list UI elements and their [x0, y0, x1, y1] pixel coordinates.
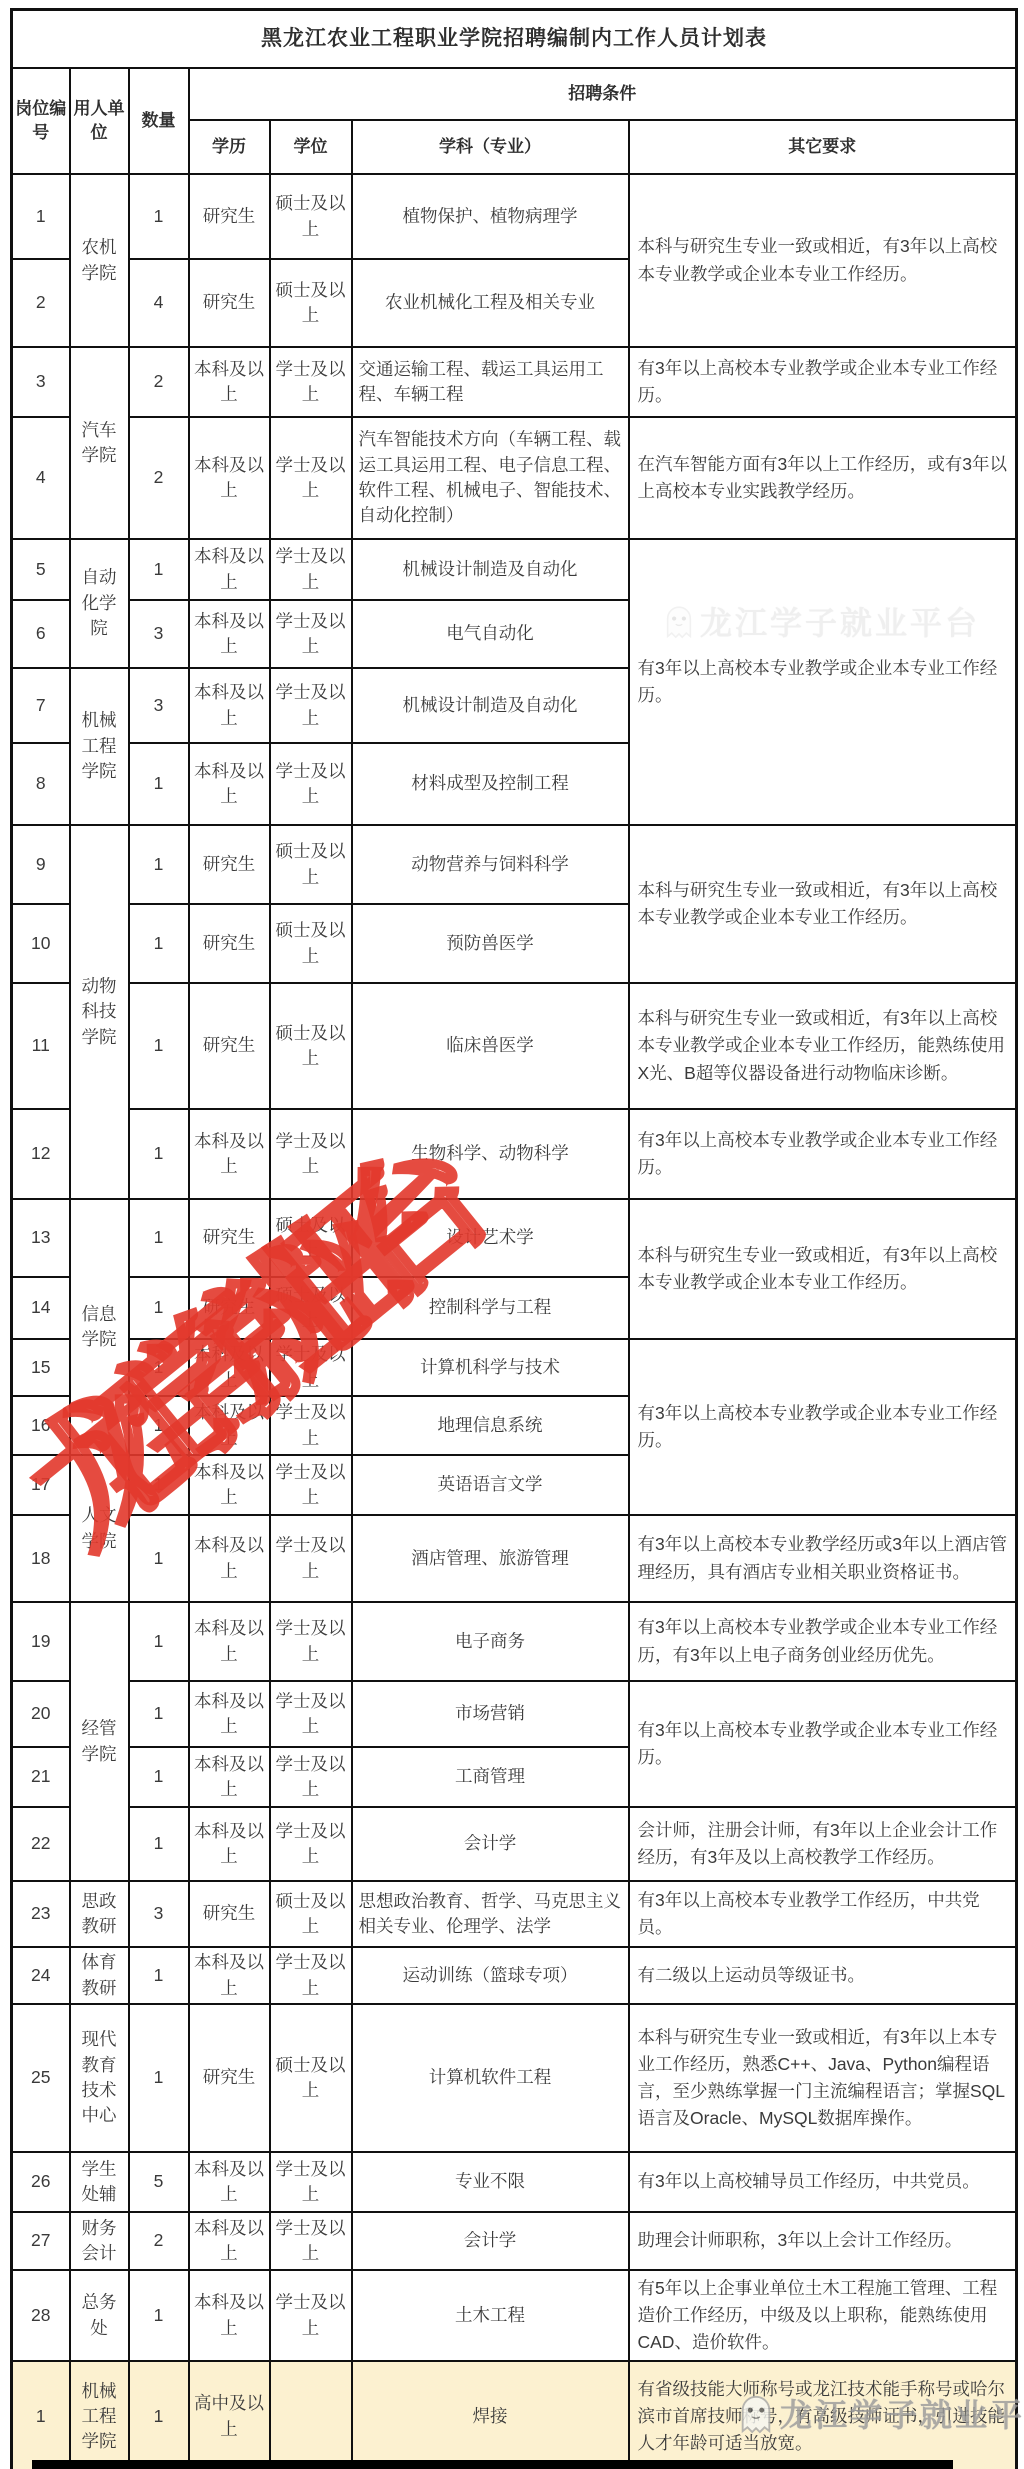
cell-degree: 硕士及以上	[270, 1881, 352, 1947]
cell-education: 研究生	[189, 904, 270, 983]
cell-other-requirements: 有3年以上高校本专业教学或企业本专业工作经历。	[629, 1109, 1017, 1199]
cell-quantity: 1	[129, 1515, 189, 1602]
cell-position-no: 22	[12, 1807, 70, 1881]
cell-employer-unit: 经管学院	[70, 1602, 129, 1881]
cell-major: 交通运输工程、载运工具运用工程、车辆工程	[352, 347, 629, 417]
cell-quantity: 1	[129, 1339, 189, 1396]
cell-degree: 学士及以上	[270, 1807, 352, 1881]
cell-quantity: 1	[129, 174, 189, 259]
cell-major: 电气自动化	[352, 600, 629, 668]
cell-position-no: 14	[12, 1277, 70, 1339]
cell-quantity: 1	[129, 1602, 189, 1681]
cell-education: 本科及以上	[189, 1455, 270, 1515]
cell-major: 专业不限	[352, 2152, 629, 2212]
cell-degree: 学士及以上	[270, 1515, 352, 1602]
header-conditions: 招聘条件	[189, 68, 1017, 120]
cell-employer-unit: 财务会计	[70, 2212, 129, 2270]
cell-education: 本科及以上	[189, 1602, 270, 1681]
cell-major: 机械设计制造及自动化	[352, 668, 629, 743]
header-other-requirements: 其它要求	[629, 120, 1017, 174]
cell-degree: 学士及以上	[270, 1339, 352, 1396]
cell-degree: 学士及以上	[270, 600, 352, 668]
cell-employer-unit: 信息学院	[70, 1199, 129, 1455]
cell-degree: 硕士及以上	[270, 904, 352, 983]
cell-education: 本科及以上	[189, 600, 270, 668]
cell-degree	[270, 2361, 352, 2469]
bottom-divider-bar	[32, 2460, 953, 2469]
cell-employer-unit: 总务处	[70, 2270, 129, 2361]
cell-quantity: 1	[129, 1747, 189, 1807]
table-row: 23思政教研3研究生硕士及以上思想政治教育、哲学、马克思主义相关专业、伦理学、法…	[12, 1881, 1017, 1947]
cell-degree: 学士及以上	[270, 2270, 352, 2361]
cell-education: 研究生	[189, 1881, 270, 1947]
cell-education: 本科及以上	[189, 1747, 270, 1807]
cell-quantity: 4	[129, 259, 189, 347]
cell-quantity: 3	[129, 600, 189, 668]
cell-major: 材料成型及控制工程	[352, 743, 629, 825]
cell-degree: 学士及以上	[270, 1947, 352, 2004]
table-row: 13信息学院1研究生硕士及以上设计艺术学本科与研究生专业一致或相近，有3年以上高…	[12, 1199, 1017, 1277]
cell-education: 研究生	[189, 1277, 270, 1339]
table-body: 1农机学院1研究生硕士及以上植物保护、植物病理学本科与研究生专业一致或相近，有3…	[12, 174, 1017, 2469]
cell-employer-unit: 动物科技学院	[70, 825, 129, 1199]
cell-employer-unit: 汽车学院	[70, 347, 129, 539]
table-row: 9动物科技学院1研究生硕士及以上动物营养与饲料科学本科与研究生专业一致或相近，有…	[12, 825, 1017, 904]
table-row: 25现代教育技术中心1研究生硕士及以上计算机软件工程本科与研究生专业一致或相近，…	[12, 2004, 1017, 2152]
cell-other-requirements: 有3年以上高校本专业教学或企业本专业工作经历。	[629, 539, 1017, 825]
cell-quantity: 1	[129, 1455, 189, 1515]
cell-employer-unit: 机械工程学院	[70, 2361, 129, 2469]
header-degree: 学位	[270, 120, 352, 174]
table-row: 42本科及以上学士及以上汽车智能技术方向（车辆工程、载运工具运用工程、电子信息工…	[12, 417, 1017, 539]
cell-employer-unit: 现代教育技术中心	[70, 2004, 129, 2152]
cell-education: 本科及以上	[189, 1339, 270, 1396]
cell-quantity: 2	[129, 417, 189, 539]
cell-degree: 学士及以上	[270, 743, 352, 825]
cell-position-no: 28	[12, 2270, 70, 2361]
cell-major: 农业机械化工程及相关专业	[352, 259, 629, 347]
cell-education: 研究生	[189, 174, 270, 259]
cell-degree: 硕士及以上	[270, 1199, 352, 1277]
cell-major: 会计学	[352, 2212, 629, 2270]
table-row: 19经管学院1本科及以上学士及以上电子商务有3年以上高校本专业教学或企业本专业工…	[12, 1602, 1017, 1681]
cell-major: 机械设计制造及自动化	[352, 539, 629, 600]
cell-position-no: 19	[12, 1602, 70, 1681]
table-row: 26学生处辅5本科及以上学士及以上专业不限有3年以上高校辅导员工作经历，中共党员…	[12, 2152, 1017, 2212]
cell-degree: 学士及以上	[270, 1396, 352, 1455]
cell-degree: 学士及以上	[270, 1681, 352, 1747]
cell-education: 本科及以上	[189, 539, 270, 600]
cell-other-requirements: 有3年以上高校本专业教学或企业本专业工作经历。	[629, 1681, 1017, 1807]
cell-quantity: 1	[129, 539, 189, 600]
cell-position-no: 24	[12, 1947, 70, 2004]
cell-degree: 学士及以上	[270, 1747, 352, 1807]
cell-other-requirements: 助理会计师职称，3年以上会计工作经历。	[629, 2212, 1017, 2270]
cell-quantity: 1	[129, 743, 189, 825]
cell-major: 英语语言文学	[352, 1455, 629, 1515]
cell-position-no: 8	[12, 743, 70, 825]
cell-degree: 学士及以上	[270, 1455, 352, 1515]
cell-degree: 学士及以上	[270, 417, 352, 539]
table-row: 221本科及以上学士及以上会计学会计师，注册会计师，有3年以上企业会计工作经历，…	[12, 1807, 1017, 1881]
cell-other-requirements: 有3年以上高校本专业教学经历或3年以上酒店管理经历，具有酒店专业相关职业资格证书…	[629, 1515, 1017, 1602]
cell-quantity: 1	[129, 2004, 189, 2152]
cell-position-no: 2	[12, 259, 70, 347]
table-row: 151本科及以上学士及以上计算机科学与技术有3年以上高校本专业教学或企业本专业工…	[12, 1339, 1017, 1396]
cell-major: 设计艺术学	[352, 1199, 629, 1277]
cell-position-no: 5	[12, 539, 70, 600]
table-row: 27财务会计2本科及以上学士及以上会计学助理会计师职称，3年以上会计工作经历。	[12, 2212, 1017, 2270]
cell-education: 研究生	[189, 259, 270, 347]
cell-degree: 学士及以上	[270, 668, 352, 743]
cell-degree: 硕士及以上	[270, 983, 352, 1109]
cell-education: 本科及以上	[189, 417, 270, 539]
cell-position-no: 1	[12, 174, 70, 259]
cell-major: 临床兽医学	[352, 983, 629, 1109]
cell-position-no: 17	[12, 1455, 70, 1515]
cell-major: 预防兽医学	[352, 904, 629, 983]
cell-degree: 学士及以上	[270, 1602, 352, 1681]
cell-major: 电子商务	[352, 1602, 629, 1681]
cell-other-requirements: 本科与研究生专业一致或相近，有3年以上高校本专业教学或企业本专业工作经历。	[629, 1199, 1017, 1339]
cell-education: 研究生	[189, 825, 270, 904]
cell-position-no: 3	[12, 347, 70, 417]
cell-employer-unit: 学生处辅	[70, 2152, 129, 2212]
cell-other-requirements: 有3年以上高校本专业教学或企业本专业工作经历。	[629, 347, 1017, 417]
cell-education: 本科及以上	[189, 1807, 270, 1881]
cell-major: 计算机软件工程	[352, 2004, 629, 2152]
cell-education: 本科及以上	[189, 1681, 270, 1747]
cell-degree: 学士及以上	[270, 539, 352, 600]
cell-employer-unit: 思政教研	[70, 1881, 129, 1947]
cell-education: 本科及以上	[189, 2152, 270, 2212]
cell-position-no: 12	[12, 1109, 70, 1199]
header-employer: 用人单位	[70, 68, 129, 174]
cell-quantity: 1	[129, 1396, 189, 1455]
cell-education: 本科及以上	[189, 2270, 270, 2361]
cell-major: 土木工程	[352, 2270, 629, 2361]
cell-other-requirements: 本科与研究生专业一致或相近，有3年以上高校本专业教学或企业本专业工作经历。	[629, 825, 1017, 983]
cell-position-no: 15	[12, 1339, 70, 1396]
page-title: 黑龙江农业工程职业学院招聘编制内工作人员计划表	[12, 10, 1017, 69]
cell-position-no: 26	[12, 2152, 70, 2212]
table-row: 181本科及以上学士及以上酒店管理、旅游管理有3年以上高校本专业教学经历或3年以…	[12, 1515, 1017, 1602]
cell-degree: 学士及以上	[270, 2212, 352, 2270]
cell-major: 控制科学与工程	[352, 1277, 629, 1339]
cell-other-requirements: 有二级以上运动员等级证书。	[629, 1947, 1017, 2004]
cell-education: 本科及以上	[189, 743, 270, 825]
cell-quantity: 1	[129, 1807, 189, 1881]
cell-quantity: 1	[129, 825, 189, 904]
cell-education: 本科及以上	[189, 1109, 270, 1199]
cell-major: 焊接	[352, 2361, 629, 2469]
title-row: 黑龙江农业工程职业学院招聘编制内工作人员计划表	[12, 10, 1017, 69]
table-row-highlighted: 1机械工程学院1高中及以上焊接有省级技能大师称号或龙江技术能手称号或哈尔滨市首席…	[12, 2361, 1017, 2469]
cell-position-no: 6	[12, 600, 70, 668]
cell-quantity: 1	[129, 1947, 189, 2004]
cell-education: 本科及以上	[189, 1396, 270, 1455]
recruitment-plan-table: 黑龙江农业工程职业学院招聘编制内工作人员计划表 岗位编号 用人单位 数量 招聘条…	[10, 8, 1018, 2469]
cell-education: 研究生	[189, 2004, 270, 2152]
cell-employer-unit: 自动化学院	[70, 539, 129, 668]
cell-position-no: 27	[12, 2212, 70, 2270]
cell-education: 本科及以上	[189, 2212, 270, 2270]
header-major: 学科（专业）	[352, 120, 629, 174]
cell-degree: 学士及以上	[270, 347, 352, 417]
header-position-no: 岗位编号	[12, 68, 70, 174]
cell-employer-unit: 农机学院	[70, 174, 129, 347]
cell-other-requirements: 本科与研究生专业一致或相近，有3年以上高校本专业教学或企业本专业工作经历，能熟练…	[629, 983, 1017, 1109]
cell-degree: 硕士及以上	[270, 825, 352, 904]
cell-position-no: 16	[12, 1396, 70, 1455]
cell-other-requirements: 有3年以上高校本专业教学或企业本专业工作经历。	[629, 1339, 1017, 1515]
cell-major: 动物营养与饲料科学	[352, 825, 629, 904]
cell-degree: 硕士及以上	[270, 2004, 352, 2152]
cell-position-no: 7	[12, 668, 70, 743]
cell-quantity: 3	[129, 1881, 189, 1947]
cell-position-no: 13	[12, 1199, 70, 1277]
cell-major: 汽车智能技术方向（车辆工程、载运工具运用工程、电子信息工程、软件工程、机械电子、…	[352, 417, 629, 539]
cell-quantity: 1	[129, 1681, 189, 1747]
table-row: 111研究生硕士及以上临床兽医学本科与研究生专业一致或相近，有3年以上高校本专业…	[12, 983, 1017, 1109]
cell-position-no: 20	[12, 1681, 70, 1747]
cell-quantity: 3	[129, 668, 189, 743]
cell-position-no: 18	[12, 1515, 70, 1602]
cell-degree: 学士及以上	[270, 2152, 352, 2212]
cell-education: 本科及以上	[189, 668, 270, 743]
cell-major: 运动训练（篮球专项）	[352, 1947, 629, 2004]
cell-education: 本科及以上	[189, 1947, 270, 2004]
cell-employer-unit: 机械工程学院	[70, 668, 129, 825]
cell-quantity: 5	[129, 2152, 189, 2212]
cell-position-no: 21	[12, 1747, 70, 1807]
cell-education: 研究生	[189, 983, 270, 1109]
cell-major: 会计学	[352, 1807, 629, 1881]
cell-major: 地理信息系统	[352, 1396, 629, 1455]
cell-position-no: 25	[12, 2004, 70, 2152]
cell-quantity: 1	[129, 904, 189, 983]
header-row-1: 岗位编号 用人单位 数量 招聘条件	[12, 68, 1017, 120]
cell-position-no: 23	[12, 1881, 70, 1947]
cell-employer-unit: 体育教研	[70, 1947, 129, 2004]
cell-quantity: 1	[129, 2361, 189, 2469]
table-row: 1农机学院1研究生硕士及以上植物保护、植物病理学本科与研究生专业一致或相近，有3…	[12, 174, 1017, 259]
cell-degree: 学士及以上	[270, 1109, 352, 1199]
cell-quantity: 1	[129, 2270, 189, 2361]
cell-quantity: 2	[129, 2212, 189, 2270]
cell-major: 市场营销	[352, 1681, 629, 1747]
cell-other-requirements: 有3年以上高校本专业教学工作经历，中共党员。	[629, 1881, 1017, 1947]
cell-other-requirements: 在汽车智能方面有3年以上工作经历，或有3年以上高校本专业实践教学经历。	[629, 417, 1017, 539]
cell-quantity: 1	[129, 1199, 189, 1277]
cell-other-requirements: 有省级技能大师称号或龙江技术能手称号或哈尔滨市首席技师称号，有高级技师证书，引进…	[629, 2361, 1017, 2469]
cell-position-no: 4	[12, 417, 70, 539]
cell-position-no: 10	[12, 904, 70, 983]
cell-other-requirements: 本科与研究生专业一致或相近，有3年以上高校本专业教学或企业本专业工作经历。	[629, 174, 1017, 347]
table-header: 黑龙江农业工程职业学院招聘编制内工作人员计划表 岗位编号 用人单位 数量 招聘条…	[12, 10, 1017, 175]
cell-education: 研究生	[189, 1199, 270, 1277]
cell-other-requirements: 会计师，注册会计师，有3年以上企业会计工作经历，有3年及以上高校教学工作经历。	[629, 1807, 1017, 1881]
cell-degree: 硕士及以上	[270, 174, 352, 259]
cell-education: 本科及以上	[189, 347, 270, 417]
cell-major: 植物保护、植物病理学	[352, 174, 629, 259]
cell-major: 计算机科学与技术	[352, 1339, 629, 1396]
cell-quantity: 1	[129, 1109, 189, 1199]
cell-quantity: 1	[129, 983, 189, 1109]
header-quantity: 数量	[129, 68, 189, 174]
cell-other-requirements: 有3年以上高校本专业教学或企业本专业工作经历，有3年以上电子商务创业经历优先。	[629, 1602, 1017, 1681]
cell-major: 工商管理	[352, 1747, 629, 1807]
cell-employer-unit: 人文学院	[70, 1455, 129, 1602]
cell-degree: 硕士及以上	[270, 259, 352, 347]
header-education: 学历	[189, 120, 270, 174]
cell-other-requirements: 本科与研究生专业一致或相近，有3年以上本专业工作经历，熟悉C++、Java、Py…	[629, 2004, 1017, 2152]
cell-major: 酒店管理、旅游管理	[352, 1515, 629, 1602]
cell-position-no: 9	[12, 825, 70, 904]
cell-quantity: 2	[129, 347, 189, 417]
cell-education: 本科及以上	[189, 1515, 270, 1602]
cell-other-requirements: 有5年以上企事业单位土木工程施工管理、工程造价工作经历，中级及以上职称，能熟练使…	[629, 2270, 1017, 2361]
cell-quantity: 1	[129, 1277, 189, 1339]
cell-major: 生物科学、动物科学	[352, 1109, 629, 1199]
table-row: 5自动化学院1本科及以上学士及以上机械设计制造及自动化有3年以上高校本专业教学或…	[12, 539, 1017, 600]
cell-education: 高中及以上	[189, 2361, 270, 2469]
cell-degree: 硕士及以上	[270, 1277, 352, 1339]
table-row: 3汽车学院2本科及以上学士及以上交通运输工程、载运工具运用工程、车辆工程有3年以…	[12, 347, 1017, 417]
cell-position-no: 1	[12, 2361, 70, 2469]
cell-position-no: 11	[12, 983, 70, 1109]
table-row: 121本科及以上学士及以上生物科学、动物科学有3年以上高校本专业教学或企业本专业…	[12, 1109, 1017, 1199]
table-row: 201本科及以上学士及以上市场营销有3年以上高校本专业教学或企业本专业工作经历。	[12, 1681, 1017, 1747]
cell-other-requirements: 有3年以上高校辅导员工作经历，中共党员。	[629, 2152, 1017, 2212]
table-row: 24体育教研1本科及以上学士及以上运动训练（篮球专项）有二级以上运动员等级证书。	[12, 1947, 1017, 2004]
cell-major: 思想政治教育、哲学、马克思主义相关专业、伦理学、法学	[352, 1881, 629, 1947]
table-row: 28总务处1本科及以上学士及以上土木工程有5年以上企事业单位土木工程施工管理、工…	[12, 2270, 1017, 2361]
